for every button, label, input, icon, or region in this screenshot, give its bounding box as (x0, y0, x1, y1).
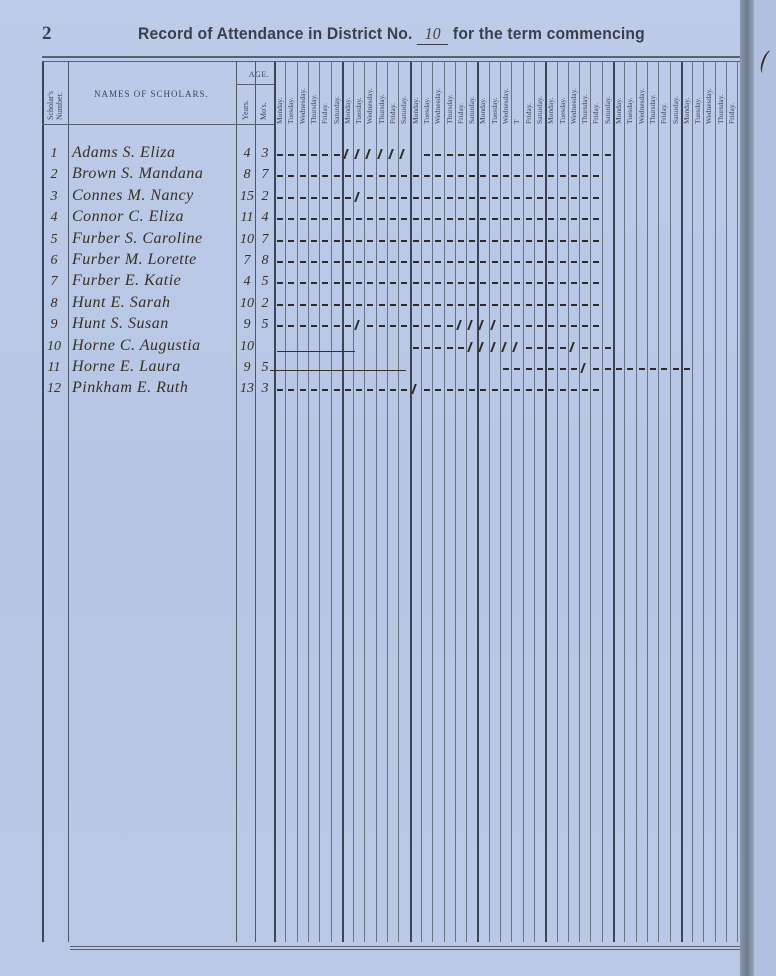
present-mark[interactable] (582, 389, 588, 391)
absent-mark[interactable] (354, 192, 360, 202)
present-mark[interactable] (537, 154, 543, 156)
present-mark[interactable] (582, 240, 588, 242)
present-mark[interactable] (322, 304, 328, 306)
present-mark[interactable] (458, 282, 464, 284)
present-mark[interactable] (322, 261, 328, 263)
present-mark[interactable] (447, 154, 453, 156)
present-mark[interactable] (311, 197, 317, 199)
present-mark[interactable] (593, 261, 599, 263)
present-mark[interactable] (593, 368, 599, 370)
present-mark[interactable] (514, 240, 520, 242)
present-mark[interactable] (367, 282, 373, 284)
present-mark[interactable] (492, 154, 498, 156)
present-mark[interactable] (288, 218, 294, 220)
present-mark[interactable] (345, 218, 351, 220)
present-mark[interactable] (424, 218, 430, 220)
present-mark[interactable] (537, 282, 543, 284)
present-mark[interactable] (424, 389, 430, 391)
present-mark[interactable] (300, 154, 306, 156)
present-mark[interactable] (514, 282, 520, 284)
present-mark[interactable] (605, 347, 611, 349)
age-years[interactable]: 9 (238, 317, 256, 333)
present-mark[interactable] (379, 240, 385, 242)
present-mark[interactable] (390, 240, 396, 242)
present-mark[interactable] (424, 240, 430, 242)
present-mark[interactable] (413, 240, 419, 242)
present-mark[interactable] (345, 389, 351, 391)
present-mark[interactable] (503, 154, 509, 156)
present-mark[interactable] (413, 282, 419, 284)
present-mark[interactable] (480, 389, 486, 391)
present-mark[interactable] (447, 325, 453, 327)
present-mark[interactable] (548, 282, 554, 284)
scholar-name[interactable]: Horne C. Augustia (72, 337, 237, 355)
present-mark[interactable] (514, 154, 520, 156)
absent-mark[interactable] (490, 320, 496, 330)
present-mark[interactable] (593, 389, 599, 391)
present-mark[interactable] (367, 175, 373, 177)
present-mark[interactable] (605, 154, 611, 156)
present-mark[interactable] (560, 218, 566, 220)
present-mark[interactable] (673, 368, 679, 370)
present-mark[interactable] (401, 389, 407, 391)
present-mark[interactable] (503, 175, 509, 177)
present-mark[interactable] (311, 304, 317, 306)
present-mark[interactable] (571, 175, 577, 177)
scholar-name[interactable]: Pinkham E. Ruth (72, 379, 237, 397)
present-mark[interactable] (379, 389, 385, 391)
present-mark[interactable] (367, 325, 373, 327)
scholar-number[interactable]: 8 (42, 296, 66, 312)
present-mark[interactable] (390, 218, 396, 220)
present-mark[interactable] (526, 261, 532, 263)
present-mark[interactable] (571, 218, 577, 220)
present-mark[interactable] (356, 389, 362, 391)
present-mark[interactable] (390, 197, 396, 199)
present-mark[interactable] (469, 389, 475, 391)
present-mark[interactable] (379, 261, 385, 263)
present-mark[interactable] (413, 304, 419, 306)
present-mark[interactable] (661, 368, 667, 370)
present-mark[interactable] (480, 197, 486, 199)
present-mark[interactable] (345, 304, 351, 306)
present-mark[interactable] (277, 261, 283, 263)
scholar-name[interactable]: Horne E. Laura (72, 358, 237, 376)
present-mark[interactable] (413, 197, 419, 199)
present-mark[interactable] (300, 389, 306, 391)
present-mark[interactable] (593, 240, 599, 242)
present-mark[interactable] (334, 175, 340, 177)
present-mark[interactable] (469, 175, 475, 177)
present-mark[interactable] (356, 240, 362, 242)
age-years[interactable]: 11 (238, 210, 256, 226)
scholar-name[interactable]: Furber M. Lorette (72, 251, 237, 269)
present-mark[interactable] (413, 261, 419, 263)
present-mark[interactable] (526, 240, 532, 242)
present-mark[interactable] (627, 368, 633, 370)
age-years[interactable]: 10 (238, 339, 256, 355)
age-years[interactable]: 13 (238, 381, 256, 397)
present-mark[interactable] (526, 347, 532, 349)
present-mark[interactable] (571, 261, 577, 263)
present-mark[interactable] (311, 389, 317, 391)
present-mark[interactable] (311, 325, 317, 327)
present-mark[interactable] (401, 282, 407, 284)
present-mark[interactable] (401, 261, 407, 263)
present-mark[interactable] (582, 304, 588, 306)
present-mark[interactable] (571, 325, 577, 327)
present-mark[interactable] (435, 261, 441, 263)
present-mark[interactable] (322, 325, 328, 327)
present-mark[interactable] (537, 261, 543, 263)
present-mark[interactable] (526, 218, 532, 220)
absent-mark[interactable] (411, 384, 417, 394)
present-mark[interactable] (526, 368, 532, 370)
present-mark[interactable] (492, 240, 498, 242)
scholar-number[interactable]: 10 (42, 339, 66, 355)
age-months[interactable]: 3 (256, 146, 274, 162)
present-mark[interactable] (537, 175, 543, 177)
present-mark[interactable] (447, 261, 453, 263)
present-mark[interactable] (560, 282, 566, 284)
present-mark[interactable] (413, 218, 419, 220)
present-mark[interactable] (548, 347, 554, 349)
present-mark[interactable] (424, 282, 430, 284)
present-mark[interactable] (447, 389, 453, 391)
present-mark[interactable] (447, 197, 453, 199)
present-mark[interactable] (300, 325, 306, 327)
present-mark[interactable] (447, 218, 453, 220)
present-mark[interactable] (334, 304, 340, 306)
scholar-name[interactable]: Connor C. Eliza (72, 208, 237, 226)
present-mark[interactable] (379, 282, 385, 284)
present-mark[interactable] (277, 389, 283, 391)
present-mark[interactable] (390, 304, 396, 306)
present-mark[interactable] (300, 240, 306, 242)
present-mark[interactable] (560, 325, 566, 327)
present-mark[interactable] (582, 175, 588, 177)
age-years[interactable]: 8 (238, 167, 256, 183)
present-mark[interactable] (548, 154, 554, 156)
present-mark[interactable] (560, 261, 566, 263)
present-mark[interactable] (288, 282, 294, 284)
present-mark[interactable] (639, 368, 645, 370)
age-years[interactable]: 9 (238, 360, 256, 376)
present-mark[interactable] (435, 218, 441, 220)
present-mark[interactable] (401, 218, 407, 220)
present-mark[interactable] (560, 389, 566, 391)
absent-mark[interactable] (569, 342, 575, 352)
present-mark[interactable] (311, 240, 317, 242)
present-mark[interactable] (334, 389, 340, 391)
present-mark[interactable] (526, 175, 532, 177)
present-mark[interactable] (571, 240, 577, 242)
present-mark[interactable] (390, 325, 396, 327)
present-mark[interactable] (345, 197, 351, 199)
present-mark[interactable] (424, 175, 430, 177)
present-mark[interactable] (435, 175, 441, 177)
present-mark[interactable] (424, 261, 430, 263)
present-mark[interactable] (356, 261, 362, 263)
age-months[interactable]: 5 (256, 317, 274, 333)
present-mark[interactable] (300, 282, 306, 284)
present-mark[interactable] (503, 197, 509, 199)
present-mark[interactable] (514, 368, 520, 370)
scholar-name[interactable]: Brown S. Mandana (72, 165, 237, 183)
present-mark[interactable] (401, 175, 407, 177)
present-mark[interactable] (288, 240, 294, 242)
present-mark[interactable] (401, 325, 407, 327)
present-mark[interactable] (288, 261, 294, 263)
present-mark[interactable] (469, 218, 475, 220)
present-mark[interactable] (345, 325, 351, 327)
age-months[interactable]: 4 (256, 210, 274, 226)
present-mark[interactable] (345, 282, 351, 284)
present-mark[interactable] (503, 325, 509, 327)
scholar-number[interactable]: 4 (42, 210, 66, 226)
present-mark[interactable] (560, 304, 566, 306)
present-mark[interactable] (537, 304, 543, 306)
present-mark[interactable] (560, 197, 566, 199)
present-mark[interactable] (548, 304, 554, 306)
present-mark[interactable] (447, 175, 453, 177)
present-mark[interactable] (334, 240, 340, 242)
present-mark[interactable] (480, 218, 486, 220)
present-mark[interactable] (684, 368, 690, 370)
present-mark[interactable] (571, 282, 577, 284)
present-mark[interactable] (593, 304, 599, 306)
present-mark[interactable] (650, 368, 656, 370)
present-mark[interactable] (537, 389, 543, 391)
present-mark[interactable] (616, 368, 622, 370)
present-mark[interactable] (593, 347, 599, 349)
absent-mark[interactable] (456, 320, 462, 330)
present-mark[interactable] (571, 368, 577, 370)
present-mark[interactable] (571, 389, 577, 391)
present-mark[interactable] (334, 218, 340, 220)
present-mark[interactable] (526, 325, 532, 327)
present-mark[interactable] (503, 261, 509, 263)
present-mark[interactable] (593, 197, 599, 199)
age-months[interactable]: 2 (256, 189, 274, 205)
present-mark[interactable] (311, 282, 317, 284)
present-mark[interactable] (571, 304, 577, 306)
present-mark[interactable] (300, 261, 306, 263)
present-mark[interactable] (424, 154, 430, 156)
present-mark[interactable] (582, 218, 588, 220)
present-mark[interactable] (469, 154, 475, 156)
present-mark[interactable] (277, 325, 283, 327)
present-mark[interactable] (526, 282, 532, 284)
present-mark[interactable] (322, 240, 328, 242)
scholar-number[interactable]: 7 (42, 274, 66, 290)
present-mark[interactable] (548, 325, 554, 327)
present-mark[interactable] (492, 218, 498, 220)
present-mark[interactable] (334, 154, 340, 156)
present-mark[interactable] (390, 282, 396, 284)
scholar-number[interactable]: 9 (42, 317, 66, 333)
present-mark[interactable] (514, 175, 520, 177)
present-mark[interactable] (277, 304, 283, 306)
present-mark[interactable] (492, 261, 498, 263)
present-mark[interactable] (424, 304, 430, 306)
present-mark[interactable] (480, 261, 486, 263)
scholar-number[interactable]: 12 (42, 381, 66, 397)
present-mark[interactable] (334, 197, 340, 199)
present-mark[interactable] (447, 240, 453, 242)
present-mark[interactable] (356, 282, 362, 284)
present-mark[interactable] (503, 282, 509, 284)
present-mark[interactable] (503, 368, 509, 370)
present-mark[interactable] (593, 218, 599, 220)
present-mark[interactable] (277, 175, 283, 177)
absent-mark[interactable] (479, 320, 485, 330)
present-mark[interactable] (480, 240, 486, 242)
present-mark[interactable] (288, 304, 294, 306)
age-months[interactable]: 2 (256, 296, 274, 312)
present-mark[interactable] (277, 197, 283, 199)
scholar-number[interactable]: 2 (42, 167, 66, 183)
present-mark[interactable] (537, 240, 543, 242)
present-mark[interactable] (300, 304, 306, 306)
present-mark[interactable] (322, 218, 328, 220)
present-mark[interactable] (593, 325, 599, 327)
present-mark[interactable] (469, 282, 475, 284)
present-mark[interactable] (503, 218, 509, 220)
present-mark[interactable] (503, 389, 509, 391)
present-mark[interactable] (514, 389, 520, 391)
present-mark[interactable] (424, 347, 430, 349)
present-mark[interactable] (548, 197, 554, 199)
absent-mark[interactable] (479, 342, 485, 352)
present-mark[interactable] (492, 389, 498, 391)
present-mark[interactable] (435, 240, 441, 242)
present-mark[interactable] (288, 325, 294, 327)
present-mark[interactable] (469, 197, 475, 199)
present-mark[interactable] (288, 197, 294, 199)
present-mark[interactable] (413, 347, 419, 349)
age-years[interactable]: 15 (238, 189, 256, 205)
present-mark[interactable] (593, 154, 599, 156)
present-mark[interactable] (582, 154, 588, 156)
age-months[interactable]: 5 (256, 360, 274, 376)
absent-mark[interactable] (354, 320, 360, 330)
scholar-name[interactable]: Hunt E. Sarah (72, 294, 237, 312)
present-mark[interactable] (401, 197, 407, 199)
age-months[interactable]: 8 (256, 253, 274, 269)
present-mark[interactable] (288, 389, 294, 391)
present-mark[interactable] (548, 389, 554, 391)
scholar-number[interactable]: 11 (42, 360, 66, 376)
present-mark[interactable] (503, 240, 509, 242)
present-mark[interactable] (458, 261, 464, 263)
absent-mark[interactable] (467, 320, 473, 330)
present-mark[interactable] (480, 304, 486, 306)
present-mark[interactable] (390, 261, 396, 263)
present-mark[interactable] (514, 304, 520, 306)
present-mark[interactable] (458, 304, 464, 306)
absent-mark[interactable] (512, 342, 518, 352)
absent-mark[interactable] (467, 342, 473, 352)
present-mark[interactable] (469, 240, 475, 242)
present-mark[interactable] (334, 282, 340, 284)
present-mark[interactable] (514, 325, 520, 327)
present-mark[interactable] (379, 175, 385, 177)
age-years[interactable]: 10 (238, 232, 256, 248)
age-years[interactable]: 10 (238, 296, 256, 312)
present-mark[interactable] (571, 197, 577, 199)
present-mark[interactable] (514, 197, 520, 199)
present-mark[interactable] (300, 197, 306, 199)
present-mark[interactable] (322, 282, 328, 284)
present-mark[interactable] (300, 218, 306, 220)
present-mark[interactable] (480, 175, 486, 177)
present-mark[interactable] (537, 325, 543, 327)
scholar-number[interactable]: 6 (42, 253, 66, 269)
present-mark[interactable] (345, 240, 351, 242)
scholar-name[interactable]: Furber S. Caroline (72, 230, 237, 248)
present-mark[interactable] (277, 154, 283, 156)
present-mark[interactable] (447, 347, 453, 349)
present-mark[interactable] (277, 218, 283, 220)
present-mark[interactable] (458, 175, 464, 177)
present-mark[interactable] (582, 325, 588, 327)
present-mark[interactable] (367, 218, 373, 220)
age-months[interactable]: 3 (256, 381, 274, 397)
district-number-field[interactable]: 10 (417, 24, 448, 45)
present-mark[interactable] (401, 304, 407, 306)
scholar-name[interactable]: Furber E. Katie (72, 272, 237, 290)
scholar-name[interactable]: Adams S. Eliza (72, 144, 237, 162)
present-mark[interactable] (526, 154, 532, 156)
present-mark[interactable] (469, 261, 475, 263)
scholar-name[interactable]: Hunt S. Susan (72, 315, 237, 333)
present-mark[interactable] (367, 197, 373, 199)
present-mark[interactable] (322, 175, 328, 177)
present-mark[interactable] (537, 347, 543, 349)
present-mark[interactable] (367, 240, 373, 242)
present-mark[interactable] (548, 218, 554, 220)
present-mark[interactable] (379, 325, 385, 327)
present-mark[interactable] (582, 282, 588, 284)
present-mark[interactable] (560, 154, 566, 156)
present-mark[interactable] (548, 175, 554, 177)
present-mark[interactable] (435, 389, 441, 391)
present-mark[interactable] (356, 175, 362, 177)
present-mark[interactable] (435, 347, 441, 349)
present-mark[interactable] (356, 218, 362, 220)
present-mark[interactable] (413, 175, 419, 177)
present-mark[interactable] (458, 389, 464, 391)
present-mark[interactable] (560, 240, 566, 242)
present-mark[interactable] (526, 389, 532, 391)
scholar-number[interactable]: 1 (42, 146, 66, 162)
present-mark[interactable] (300, 175, 306, 177)
present-mark[interactable] (582, 261, 588, 263)
present-mark[interactable] (514, 261, 520, 263)
present-mark[interactable] (435, 154, 441, 156)
present-mark[interactable] (447, 304, 453, 306)
present-mark[interactable] (560, 175, 566, 177)
present-mark[interactable] (379, 304, 385, 306)
present-mark[interactable] (560, 347, 566, 349)
present-mark[interactable] (401, 240, 407, 242)
present-mark[interactable] (379, 218, 385, 220)
present-mark[interactable] (390, 389, 396, 391)
present-mark[interactable] (334, 325, 340, 327)
present-mark[interactable] (526, 304, 532, 306)
present-mark[interactable] (492, 197, 498, 199)
